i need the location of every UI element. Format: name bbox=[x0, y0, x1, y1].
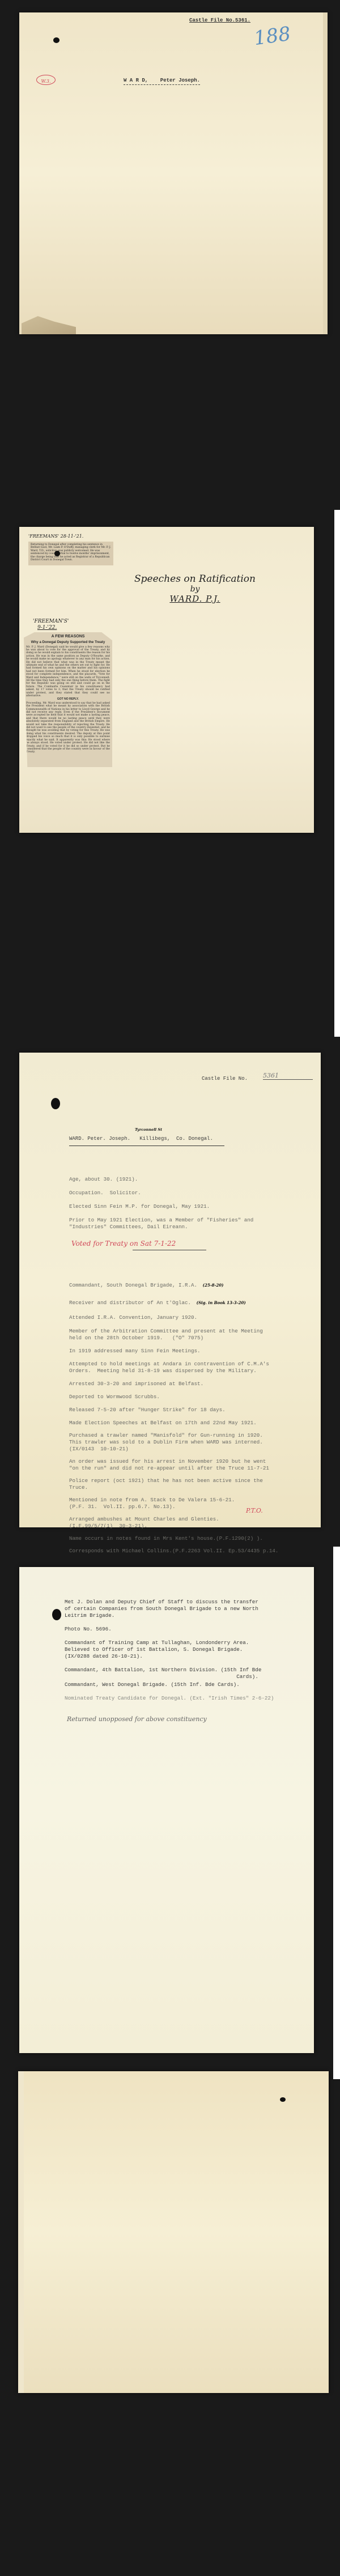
record-entry: Commandant, South Donegal Brigade, I.R.A… bbox=[69, 1279, 318, 1289]
clipping-1-source-annotation: 'FREEMANS' 28-11-'21. bbox=[28, 534, 83, 539]
annotation-underline bbox=[133, 1250, 206, 1250]
punch-hole bbox=[280, 2097, 286, 2102]
castle-file-value: 5361 bbox=[263, 1072, 313, 1080]
record-entry: Commandant, West Donegal Brigade. (15th … bbox=[65, 1681, 314, 1688]
record-entry: Arrested 30-3-20 and imprisoned at Belfa… bbox=[69, 1381, 318, 1387]
clipping-2-body: Mr. P. J. Ward (Donegal) said he would g… bbox=[26, 646, 110, 698]
record-entry: Photo No. 5696. bbox=[65, 1626, 314, 1633]
entry-occupation: Occupation. Solicitor. bbox=[69, 1190, 313, 1197]
page-3-edge bbox=[334, 1020, 340, 1037]
clipping-2-headline: A FEW REASONS bbox=[26, 634, 110, 639]
clipping-2-subhead-2: GOT NO REPLY. bbox=[26, 698, 110, 701]
punch-hole bbox=[51, 1098, 60, 1109]
record-entry: Arranged ambushes at Mount Charles and G… bbox=[69, 1516, 318, 1530]
clipping-2: A FEW REASONS Why a Donegal Deputy Suppo… bbox=[24, 632, 112, 767]
record-page-2: Met J. Dolan and Deputy Chief of Staff t… bbox=[19, 1567, 314, 2053]
record-page-1: Castle File No. 5361 Tyrconnell St WARD.… bbox=[19, 1053, 321, 1527]
pto-annotation: P.T.O. bbox=[246, 1507, 263, 1514]
circled-reference-text: W.3. bbox=[41, 79, 51, 84]
record-entry: Released 7-5-20 after "Hunger Strike" fo… bbox=[69, 1407, 318, 1413]
torn-corner bbox=[22, 316, 76, 334]
punch-hole bbox=[52, 1609, 61, 1620]
punch-hole bbox=[53, 37, 59, 43]
folio-number: 188 bbox=[253, 23, 292, 50]
entry-committees: Prior to May 1921 Election, was a Member… bbox=[69, 1217, 313, 1230]
handwritten-title-line3: WARD. P.J. bbox=[104, 594, 286, 604]
punch-hole bbox=[54, 551, 60, 556]
record-entry: Attended I.R.A. Convention, January 1920… bbox=[69, 1314, 318, 1321]
record-entry: Made Election Speeches at Belfast on 17t… bbox=[69, 1420, 318, 1427]
record-entry: Commandant of Training Camp at Tullaghan… bbox=[65, 1640, 314, 1660]
clipping-2-subhead: Why a Donegal Deputy Supported the Treat… bbox=[26, 640, 110, 645]
castle-file-label: Castle File No. bbox=[202, 1075, 248, 1082]
clipping-2-date: 9-1-'22. bbox=[33, 625, 69, 631]
address-insertion: Tyrconnell St bbox=[135, 1127, 162, 1132]
record-entry: Commandant, 4th Battalion, 1st Northern … bbox=[65, 1667, 314, 1680]
back-cover-page bbox=[18, 2071, 329, 2393]
handwritten-title-line1: Speeches on Ratification bbox=[104, 573, 286, 585]
scanned-document-stack: Castle File No.5361. 188 W.3. W A R D, P… bbox=[0, 0, 340, 2576]
entry-age: Age, about 30. (1921). bbox=[69, 1176, 313, 1183]
red-treaty-annotation: Voted for Treaty on Sat 7-1-22 bbox=[71, 1240, 176, 1247]
record-entry: Receiver and distributor of An t'Oglac. … bbox=[69, 1297, 318, 1307]
clippings-page: 'FREEMANS' 28-11-'21. Returning to Doneg… bbox=[19, 527, 314, 833]
record-entry: Met J. Dolan and Deputy Chief of Staff t… bbox=[65, 1599, 314, 1619]
handwritten-returned-note: Returned unopposed for above constituenc… bbox=[67, 1715, 207, 1723]
record-2-entries: Met J. Dolan and Deputy Chief of Staff t… bbox=[65, 1599, 314, 1702]
name-heading: W A R D, Peter Joseph. bbox=[124, 77, 200, 85]
record-entry: In 1919 addressed many Sinn Fein Meeting… bbox=[69, 1348, 318, 1355]
record-entry: Name occurs in notes found in Mrs Kent's… bbox=[69, 1535, 318, 1542]
clipping-2-body-2: Proceeding, Mr. Ward was understood to s… bbox=[26, 702, 110, 754]
clipping-2-paper: 'FREEMAN'S' bbox=[33, 619, 69, 625]
entry-elected: Elected Sinn Fein M.P. for Donegal, May … bbox=[69, 1203, 313, 1210]
record-entry: Purchased a trawler named "Manisfold" fo… bbox=[69, 1432, 318, 1453]
record-entries: Commandant, South Donegal Brigade, I.R.A… bbox=[69, 1279, 318, 1555]
record-entry: An order was issued for his arrest in No… bbox=[69, 1458, 318, 1472]
record-entry: Mentioned in note from A. Stack to De Va… bbox=[69, 1497, 318, 1510]
record-entry: Member of the Arbitration Committee and … bbox=[69, 1328, 318, 1342]
clipping-1: Returning to Donegal after completing hi… bbox=[28, 542, 113, 565]
subject-name-line: WARD. Peter. Joseph. Killibegs, Co. Done… bbox=[69, 1135, 224, 1146]
clipping-2-source-annotation: 'FREEMAN'S' 9-1-'22. bbox=[33, 619, 69, 631]
record-entry: Police report (oct 1921) that he has not… bbox=[69, 1478, 318, 1491]
handwritten-title: Speeches on Ratification by WARD. P.J. bbox=[104, 573, 286, 604]
cover-page: Castle File No.5361. 188 W.3. W A R D, P… bbox=[19, 12, 328, 334]
circled-reference: W.3. bbox=[36, 75, 56, 85]
record-entry: Nominated Treaty Candidate for Donegal. … bbox=[65, 1695, 314, 1702]
clipping-1-text: Returning to Donegal after completing hi… bbox=[31, 543, 111, 561]
page-2-edge bbox=[334, 510, 340, 1020]
record-entries-top: Age, about 30. (1921). Occupation. Solic… bbox=[69, 1176, 313, 1230]
page-4-edge bbox=[333, 1547, 340, 2079]
handwritten-title-line2: by bbox=[104, 585, 286, 594]
record-entry: Corresponds with Michael Collins.(P.F.22… bbox=[69, 1548, 318, 1555]
castle-file-number: Castle File No.5361. bbox=[189, 17, 250, 24]
record-entry: Attempted to hold meetings at Andara in … bbox=[69, 1361, 318, 1374]
record-entry: Deported to Wormwood Scrubbs. bbox=[69, 1394, 318, 1400]
